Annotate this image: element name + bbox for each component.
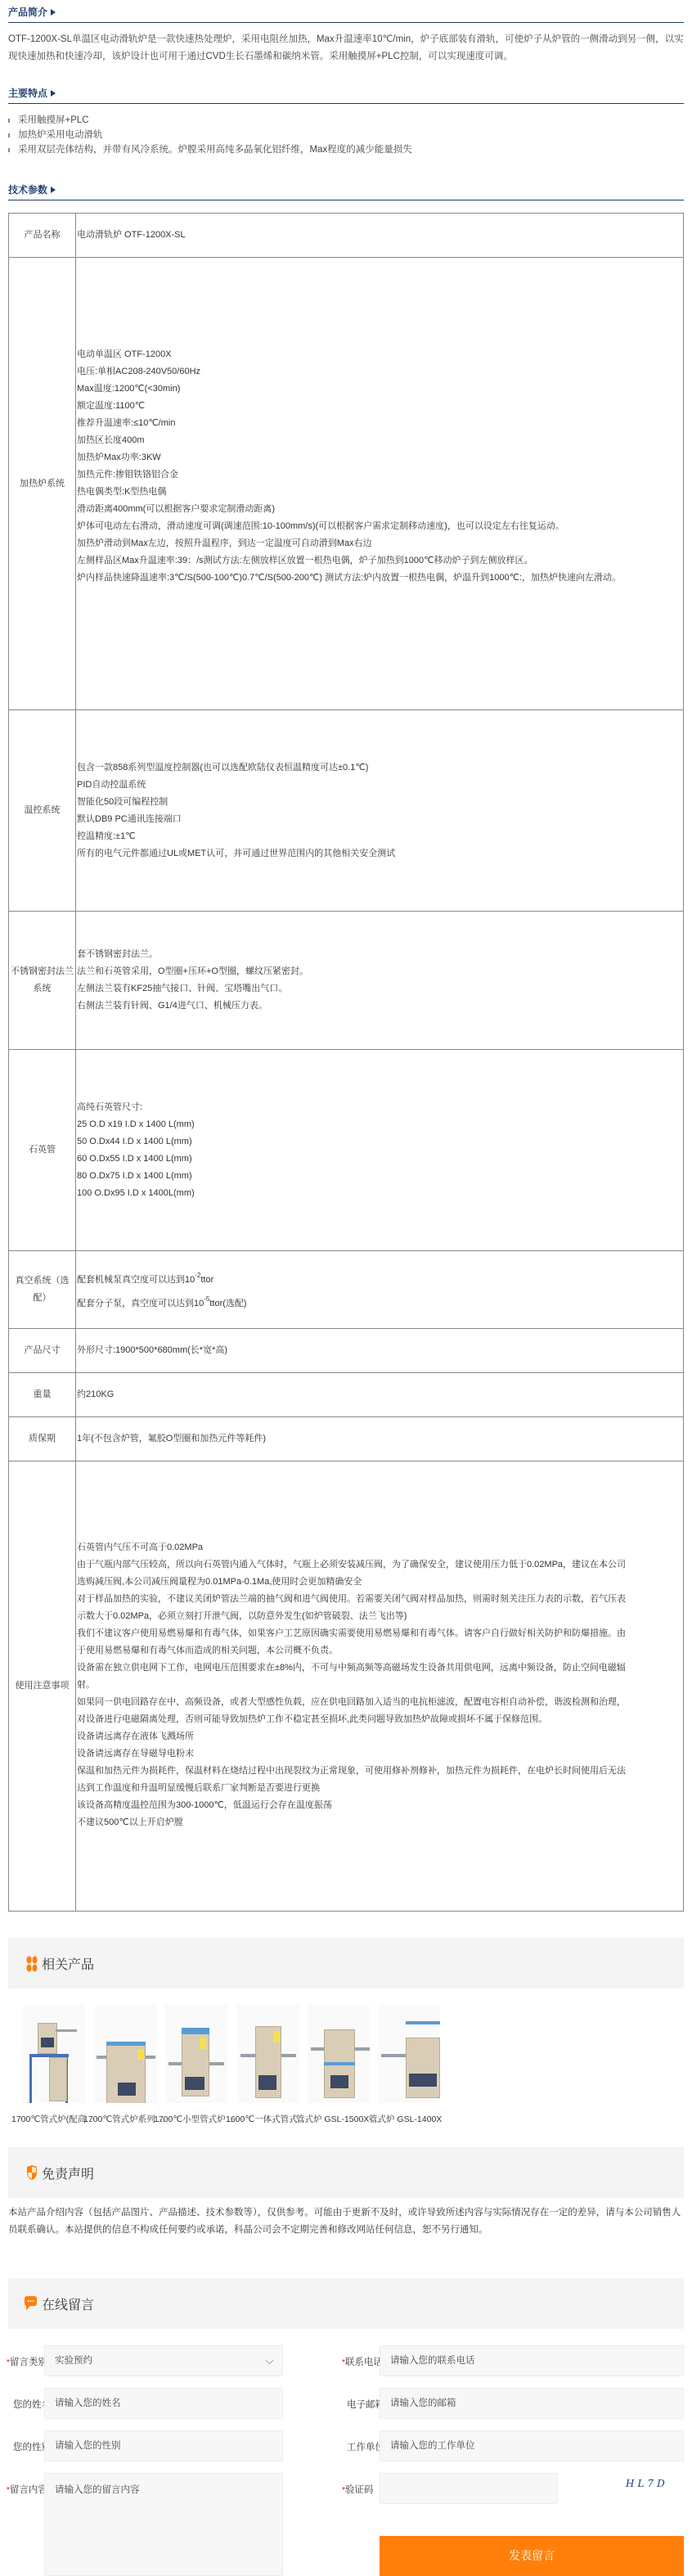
- spec-value: 电动滑轨炉 OTF-1200X-SL: [76, 214, 684, 258]
- product-name-link[interactable]: 管式炉 GSL-1400X: [369, 2113, 442, 2125]
- features-list: 采用触摸屏+PLC 加热炉采用电动滑轨 采用双层壳体结构，并带有风冷系统。炉膛采…: [8, 113, 684, 157]
- product-image[interactable]: [95, 2005, 157, 2103]
- spec-value: 1年(不包含炉管，氟胶O型圈和加热元件等耗件): [76, 1417, 684, 1461]
- spec-label: 产品名称: [9, 214, 76, 258]
- product-image[interactable]: [165, 2005, 227, 2103]
- table-row: 使用注意事项 石英管内气压不可高于0.02MPa 由于气瓶内部气压较高，所以向石…: [9, 1461, 684, 1912]
- product-card[interactable]: [308, 2005, 370, 2103]
- table-row: 温控系统 包含一款858系列型温度控制器(也可以选配欧陆仪表恒温精度可达±0.1…: [9, 710, 684, 912]
- spec-value: 石英管内气压不可高于0.02MPa 由于气瓶内部气压较高，所以向石英管内通入气体…: [76, 1461, 684, 1912]
- triangle-right-icon: [51, 90, 56, 97]
- related-products-title: 相关产品: [42, 1954, 94, 1973]
- product-name-link[interactable]: 1700℃小型管式炉 ...: [154, 2113, 235, 2125]
- product-image[interactable]: [308, 2005, 370, 2103]
- message-title: 在线留言: [42, 2295, 94, 2313]
- email-input[interactable]: 请输入您的邮箱: [380, 2388, 684, 2419]
- table-row: 产品尺寸 外形尺寸:1900*500*680mm(长*宽*高): [9, 1329, 684, 1373]
- spec-label: 产品尺寸: [9, 1329, 76, 1373]
- product-names: 1700℃管式炉(配高... 1700℃管式炉系列 ... 1700℃小型管式炉…: [8, 2113, 684, 2129]
- spec-label: 温控系统: [9, 710, 76, 912]
- table-row: 质保期 1年(不包含炉管，氟胶O型圈和加热元件等耗件): [9, 1417, 684, 1461]
- product-name-link[interactable]: 1700℃管式炉(配高...: [11, 2113, 93, 2125]
- section-header-specs: 技术参数: [8, 178, 684, 200]
- feature-item: 加热炉采用电动滑轨: [8, 128, 684, 142]
- product-name-link[interactable]: 管式炉 GSL-1500X-...: [296, 2113, 380, 2125]
- captcha-label: *验证码: [342, 2483, 373, 2496]
- section-title: 主要特点: [8, 86, 56, 100]
- chat-bubble-icon: [25, 2296, 38, 2311]
- spec-label: 使用注意事项: [9, 1461, 76, 1912]
- company-input[interactable]: 请输入您的工作单位: [380, 2430, 684, 2461]
- table-row: 加热炉系统 电动单温区 OTF-1200X 电压:单相AC208-240V50/…: [9, 258, 684, 710]
- table-row: 不锈钢密封法兰系统 套不锈钢密封法兰。 法兰和石英管采用，O型圈+压环+O型圈，…: [9, 912, 684, 1050]
- product-card[interactable]: [95, 2005, 157, 2103]
- spec-label: 重量: [9, 1373, 76, 1417]
- triangle-right-icon: [51, 187, 56, 193]
- captcha-image[interactable]: HL7D: [626, 2478, 668, 2489]
- table-row: 石英管 高纯石英管尺寸: 25 O.D x19 I.D x 1400 L(mm)…: [9, 1050, 684, 1251]
- clover-icon: [26, 1956, 38, 1972]
- spec-value: 外形尺寸:1900*500*680mm(长*宽*高): [76, 1329, 684, 1373]
- chevron-down-icon: [266, 2357, 274, 2365]
- product-card[interactable]: [378, 2005, 440, 2103]
- spec-value: 套不锈钢密封法兰。 法兰和石英管采用，O型圈+压环+O型圈，螺纹压紧密封。 左侧…: [76, 912, 684, 1050]
- spec-label: 石英管: [9, 1050, 76, 1251]
- message-header: 在线留言: [8, 2278, 684, 2329]
- section-title: 产品简介: [8, 5, 56, 19]
- product-name-link[interactable]: 1700℃管式炉系列 ...: [83, 2113, 164, 2125]
- spec-label: 加热炉系统: [9, 258, 76, 710]
- category-select[interactable]: 实验预约: [44, 2345, 283, 2376]
- spec-value: 包含一款858系列型温度控制器(也可以选配欧陆仪表恒温精度可达±0.1℃) PI…: [76, 710, 684, 912]
- table-row: 真空系统（选配） 配套机械泵真空度可以达到10-2ttor 配套分子泵，真空度可…: [9, 1251, 684, 1329]
- section-header-intro: 产品简介: [8, 0, 684, 23]
- section-title: 技术参数: [8, 182, 56, 196]
- spec-value: 约210KG: [76, 1373, 684, 1417]
- spec-value: 配套机械泵真空度可以达到10-2ttor 配套分子泵，真空度可以达到10-5tt…: [76, 1251, 684, 1329]
- spec-table: 产品名称 电动滑轨炉 OTF-1200X-SL 加热炉系统 电动单温区 OTF-…: [8, 213, 684, 1912]
- product-name-link[interactable]: 1600℃一体式管式...: [226, 2113, 304, 2125]
- category-label: *留言类别: [7, 2355, 47, 2368]
- content-label: *留言内容: [7, 2483, 47, 2496]
- triangle-right-icon: [51, 9, 56, 16]
- disclaimer-header: 免责声明: [8, 2147, 684, 2198]
- spec-label: 不锈钢密封法兰系统: [9, 912, 76, 1050]
- disclaimer-text: 本站产品介绍内容（包括产品图片、产品描述、技术参数等），仅供参考。可能由于更新不…: [8, 2204, 684, 2239]
- spec-value: 电动单温区 OTF-1200X 电压:单相AC208-240V50/60Hz M…: [76, 258, 684, 710]
- name-input[interactable]: 请输入您的姓名: [44, 2388, 283, 2419]
- feature-item: 采用触摸屏+PLC: [8, 113, 684, 128]
- gender-input[interactable]: 请输入您的性别: [44, 2430, 283, 2461]
- captcha-input[interactable]: [380, 2473, 558, 2504]
- product-card[interactable]: [23, 2005, 85, 2103]
- shield-icon: [26, 2164, 38, 2181]
- phone-input[interactable]: 请输入您的联系电话: [380, 2345, 684, 2376]
- spec-value: 高纯石英管尺寸: 25 O.D x19 I.D x 1400 L(mm) 50 …: [76, 1050, 684, 1251]
- section-header-features: 主要特点: [8, 81, 684, 104]
- product-image[interactable]: [23, 2005, 85, 2103]
- disclaimer-title: 免责声明: [42, 2164, 94, 2182]
- phone-label: *联系电话: [342, 2355, 383, 2368]
- related-products-header: 相关产品: [8, 1938, 684, 1988]
- related-products-carousel[interactable]: [8, 2005, 684, 2103]
- product-card[interactable]: [165, 2005, 227, 2103]
- spec-label: 质保期: [9, 1417, 76, 1461]
- spec-label: 真空系统（选配）: [9, 1251, 76, 1329]
- submit-message-button[interactable]: 发表留言: [380, 2536, 684, 2576]
- product-image[interactable]: [378, 2005, 440, 2103]
- table-row: 产品名称 电动滑轨炉 OTF-1200X-SL: [9, 214, 684, 258]
- content-textarea[interactable]: 请输入您的留言内容: [44, 2473, 283, 2576]
- feature-item: 采用双层壳体结构，并带有风冷系统。炉膛采用高纯多晶氧化铝纤维，Max程度的减少能…: [8, 142, 684, 157]
- intro-paragraph: OTF-1200X-SL单温区电动滑轨炉是一款快速热处理炉，采用电阻丝加热，Ma…: [8, 31, 684, 65]
- table-row: 重量 约210KG: [9, 1373, 684, 1417]
- product-image[interactable]: [237, 2005, 299, 2103]
- product-card[interactable]: [237, 2005, 299, 2103]
